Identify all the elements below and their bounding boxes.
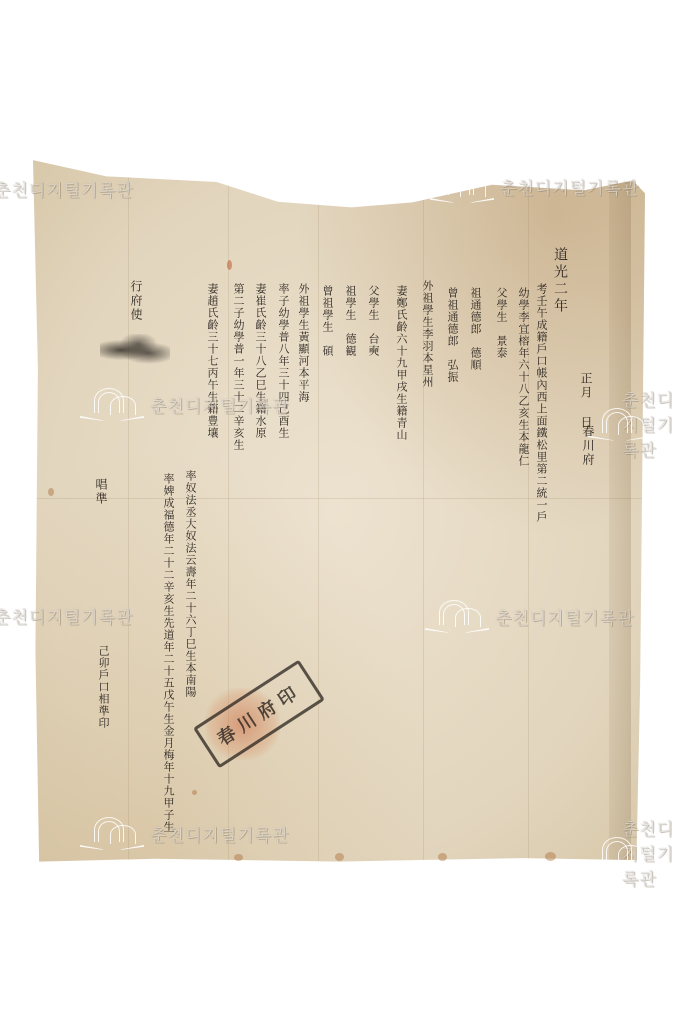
register-line-16: 率奴法丞大奴法云壽年二十六丁巳生本南陽	[185, 470, 196, 698]
register-line-1: 考壬午成籍戶口帳內西上面鐵松里第二統一戶	[536, 283, 547, 523]
register-line-8: 父學生 台奭	[368, 285, 379, 357]
register-line-13: 妻崔氏齡三十八乙巳生籍水原	[255, 283, 266, 439]
stain	[545, 852, 556, 861]
fold-line	[318, 158, 319, 863]
stain	[48, 488, 54, 496]
date-month-day: 正月 日	[580, 372, 592, 430]
fold-line	[423, 158, 424, 863]
date-era: 道光二年	[553, 247, 567, 315]
fold-line	[128, 158, 129, 863]
register-line-15: 妻趙氏齡三十七丙午生籍豊壤	[207, 283, 218, 439]
register-line-11: 外祖學生黃顯河本平海	[298, 283, 309, 403]
register-line-9: 祖學生 德観	[345, 285, 356, 357]
register-line-2: 幼學李宜榕年六十八乙亥生本龍仁	[518, 287, 529, 467]
fold-line	[33, 498, 645, 499]
stain	[227, 260, 232, 270]
stain	[335, 853, 344, 861]
stain	[438, 853, 447, 861]
footer-note: 己卯戶口相準印	[98, 645, 109, 729]
paper-edge-strip	[609, 158, 631, 863]
register-line-6: 外祖學生李羽本星州	[422, 280, 433, 388]
register-line-7: 妻鄭氏齡六十九甲戌生籍青山	[396, 285, 407, 441]
register-line-10: 曾祖學生 碩	[322, 285, 333, 357]
approval-mark: 唱準	[95, 478, 107, 506]
signature-mark	[100, 334, 170, 366]
register-line-4: 祖通德郎 德順	[470, 287, 481, 371]
stain	[192, 790, 197, 795]
official-title: 行府使	[130, 280, 142, 322]
fold-line	[528, 158, 529, 863]
register-line-17: 率婢成福德年二十二辛亥生先道年二十五戊午生金月梅年十九甲子生	[163, 473, 174, 833]
place-name: 春川府	[582, 425, 594, 467]
register-line-5: 曾祖通德郎 弘振	[447, 287, 458, 383]
register-line-14: 第二子幼學普一年三十二辛亥生	[233, 283, 244, 451]
stain	[234, 854, 243, 861]
register-line-3: 父學生 景泰	[496, 287, 507, 359]
register-line-12: 率子幼學普八年三十四己酉生	[278, 283, 289, 439]
